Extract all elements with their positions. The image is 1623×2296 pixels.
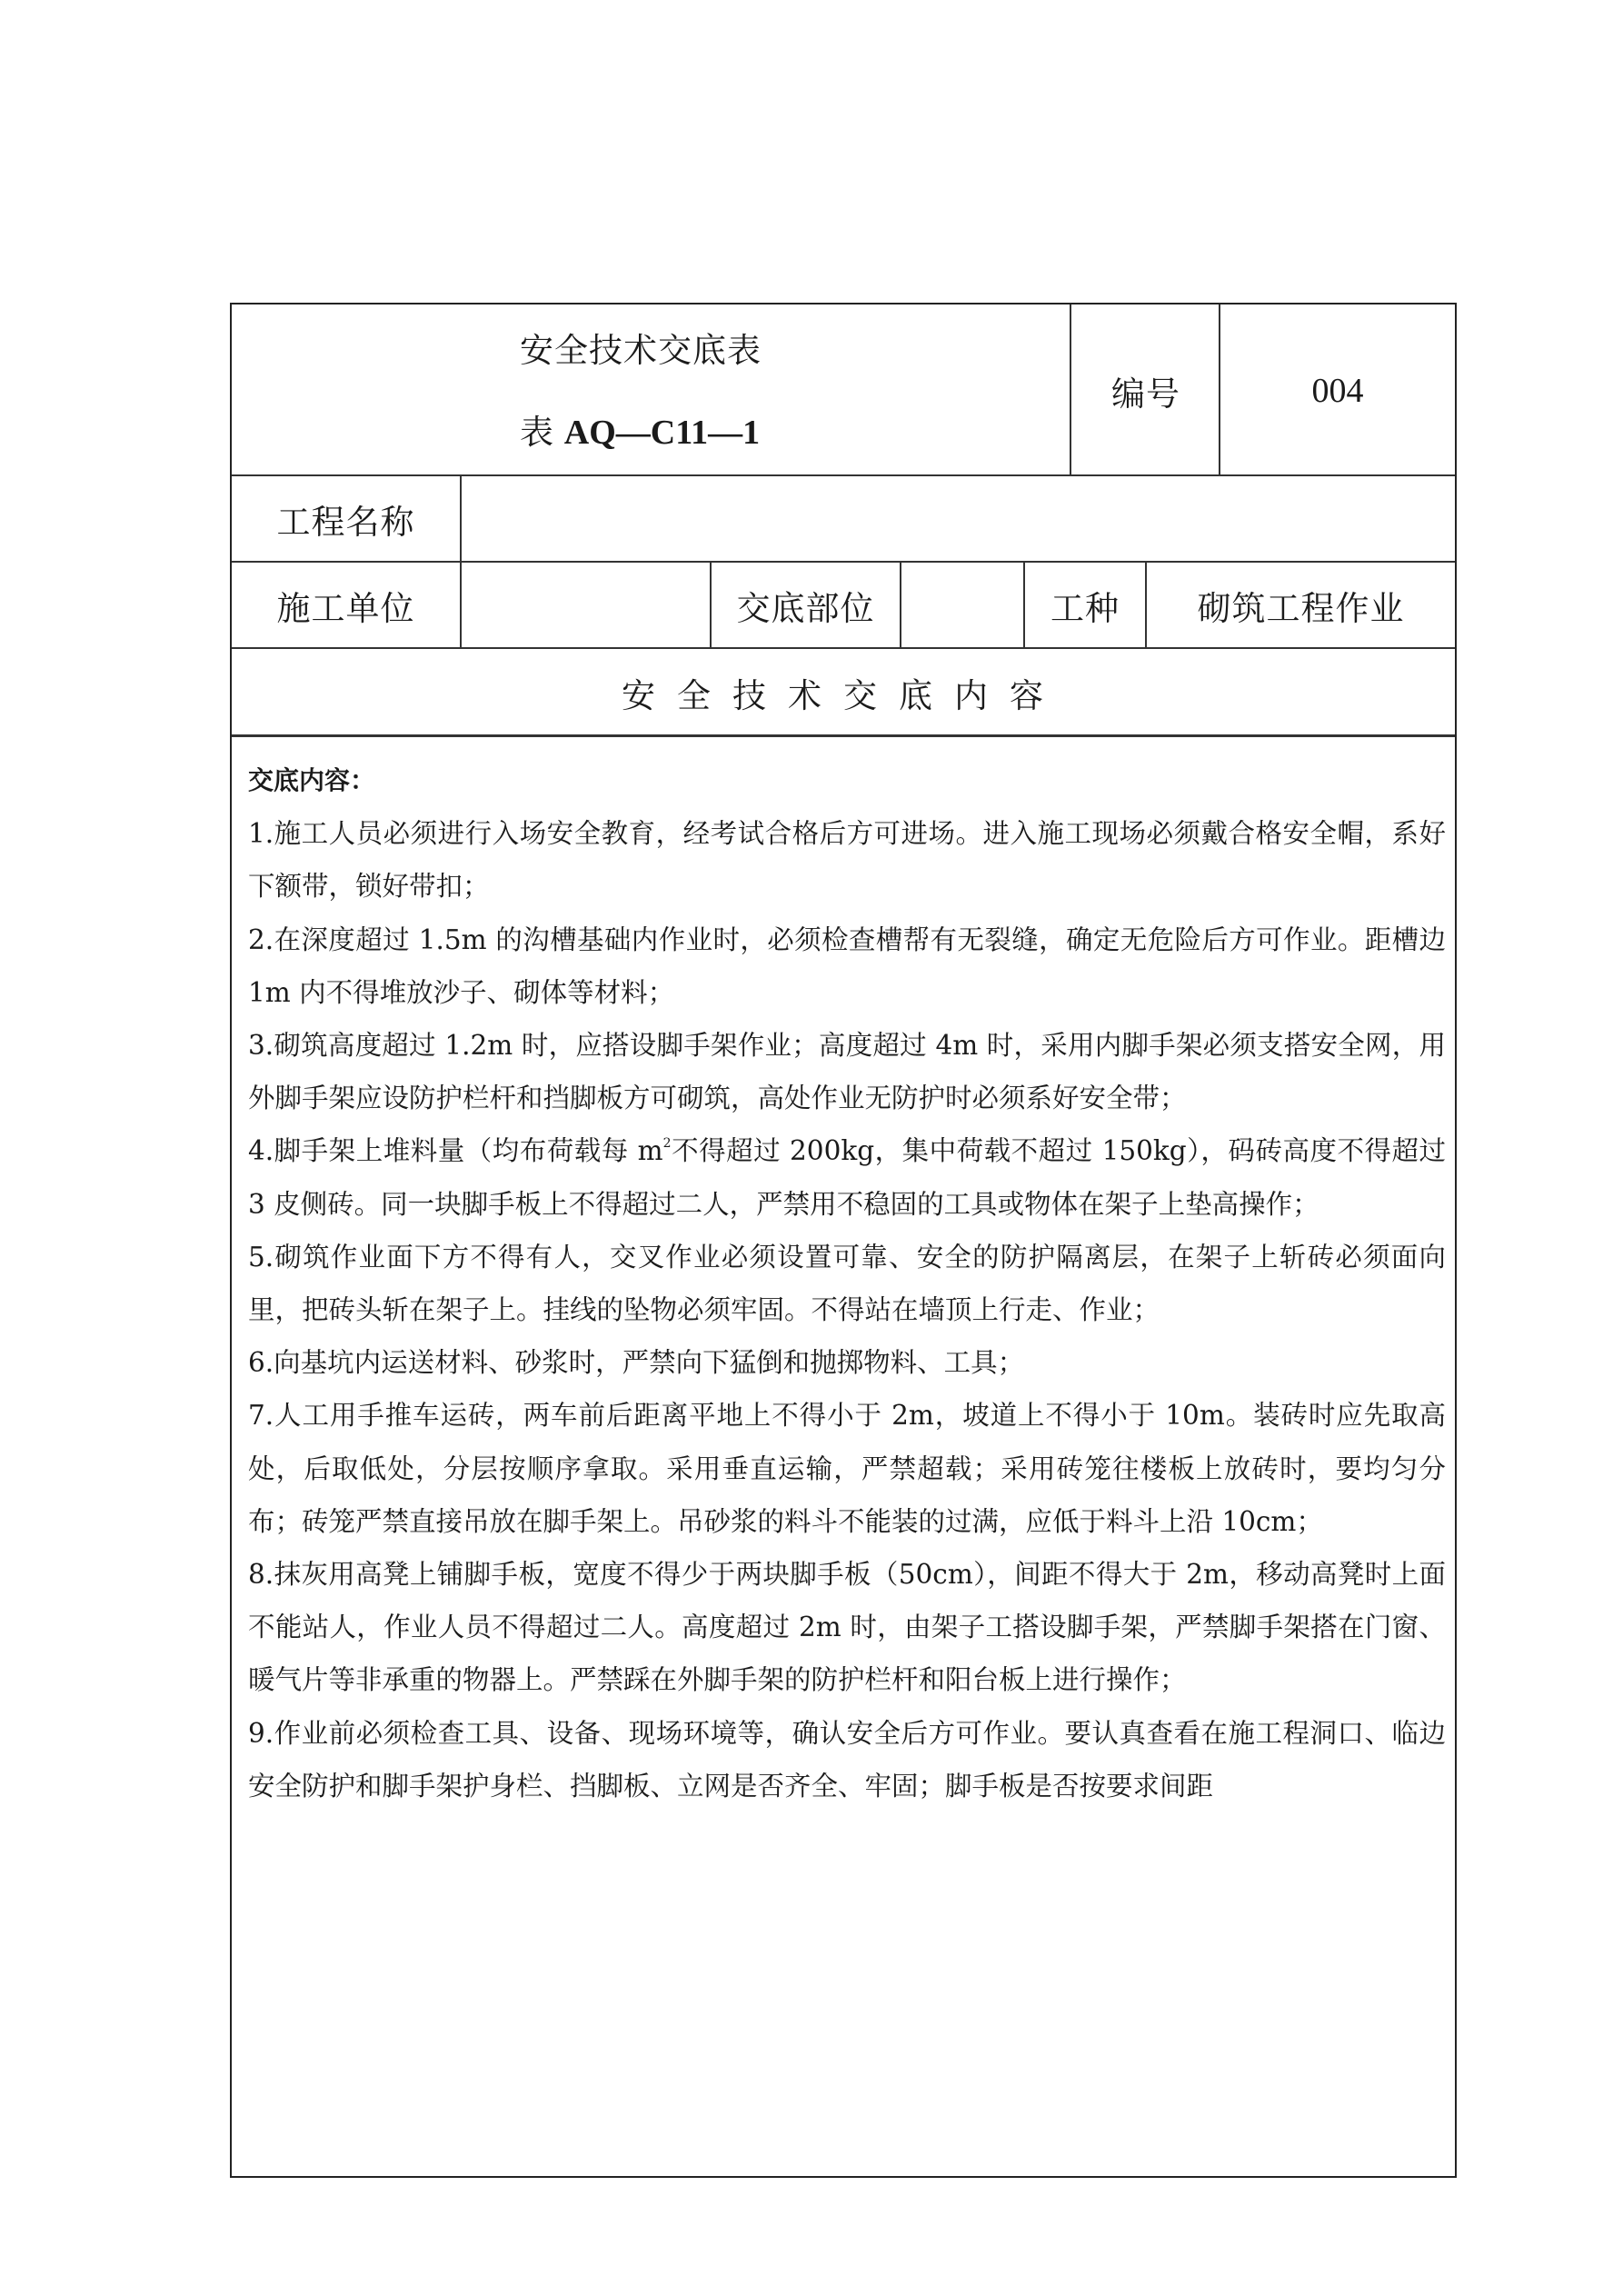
form-code-prefix: 表 xyxy=(520,413,564,452)
construction-unit-value[interactable] xyxy=(462,563,710,648)
superscript: 2 xyxy=(663,1136,672,1151)
work-type-value: 砌筑工程作业 xyxy=(1147,563,1455,648)
content-item-6: 6.向基坑内运送材料、砂浆时，严禁向下猛倒和抛掷物料、工具； xyxy=(248,1336,1446,1389)
construction-unit-label-text: 施工单位 xyxy=(277,581,415,630)
safety-disclosure-table: 安全技术交底表 表 AQ—C11—1 编号 004 工程名称 施工单位 xyxy=(230,303,1457,2178)
disclosure-location-value[interactable] xyxy=(901,563,1023,648)
construction-unit-label: 施工单位 xyxy=(232,563,460,648)
form-code-line: 表 AQ—C11—1 xyxy=(520,404,760,454)
form-title-block: 安全技术交底表 表 AQ—C11—1 xyxy=(232,304,1071,476)
work-type-value-text: 砌筑工程作业 xyxy=(1198,581,1405,630)
number-value-text: 004 xyxy=(1312,371,1364,411)
project-name-label-text: 工程名称 xyxy=(277,494,415,544)
section-title: 安全技术交底内容 xyxy=(232,649,1455,735)
number-label: 编号 xyxy=(1071,304,1220,476)
disclosure-content: 交底内容： 1.施工人员必须进行入场安全教育，经考试合格后方可进场。进入施工现场… xyxy=(248,754,1446,1812)
work-type-label: 工种 xyxy=(1025,563,1145,648)
content-item-9: 9.作业前必须检查工具、设备、现场环境等，确认安全后方可作业。要认真查看在施工程… xyxy=(248,1707,1446,1812)
row-divider xyxy=(232,734,1455,737)
content-item-8: 8.抹灰用高凳上铺脚手板，宽度不得少于两块脚手板（50cm），间距不得大于 2m… xyxy=(248,1548,1446,1707)
content-item-4: 4.脚手架上堆料量（均布荷载每 m2不得超过 200kg，集中荷载不超过 150… xyxy=(248,1124,1446,1230)
disclosure-location-label-text: 交底部位 xyxy=(737,581,875,630)
number-label-text: 编号 xyxy=(1111,366,1180,415)
disclosure-location-label: 交底部位 xyxy=(712,563,900,648)
number-value: 004 xyxy=(1220,304,1455,476)
project-name-value[interactable] xyxy=(462,476,1455,562)
form-code: AQ—C11—1 xyxy=(564,414,760,452)
content-item-3: 3.砌筑高度超过 1.2m 时，应搭设脚手架作业；高度超过 4m 时，采用内脚手… xyxy=(248,1019,1446,1124)
content-item-4-part1: 4.脚手架上堆料量（均布荷载每 m xyxy=(248,1135,663,1166)
content-item-2: 2.在深度超过 1.5m 的沟槽基础内作业时，必须检查槽帮有无裂缝，确定无危险后… xyxy=(248,913,1446,1019)
document-page: 安全技术交底表 表 AQ—C11—1 编号 004 工程名称 施工单位 xyxy=(0,0,1623,2296)
content-heading: 交底内容： xyxy=(248,754,1446,807)
work-type-label-text: 工种 xyxy=(1050,581,1120,630)
content-item-1: 1.施工人员必须进行入场安全教育，经考试合格后方可进场。进入施工现场必须戴合格安… xyxy=(248,807,1446,913)
content-item-7: 7.人工用手推车运砖，两车前后距离平地上不得小于 2m，坡道上不得小于 10m。… xyxy=(248,1389,1446,1548)
section-title-text: 安全技术交底内容 xyxy=(622,668,1065,717)
content-item-5: 5.砌筑作业面下方不得有人，交叉作业必须设置可靠、安全的防护隔离层，在架子上斩砖… xyxy=(248,1231,1446,1336)
project-name-label: 工程名称 xyxy=(232,476,460,562)
form-title: 安全技术交底表 xyxy=(520,323,762,372)
